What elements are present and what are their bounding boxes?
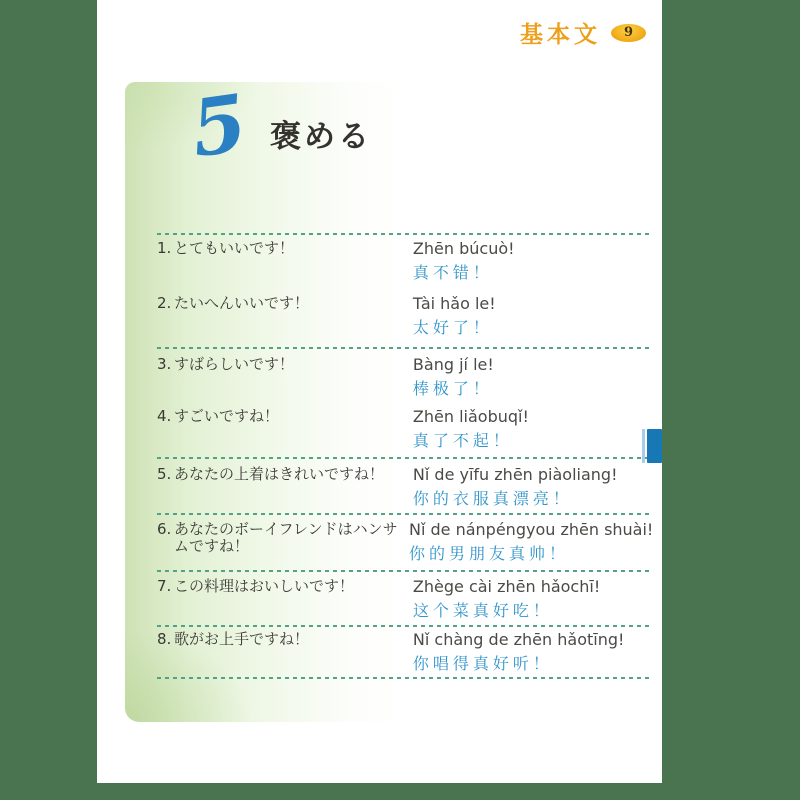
- chinese-column: Zhēn búcuò! 真不错！: [413, 240, 652, 282]
- screenshot-root: { "page_header": { "section_label": "基本文…: [0, 0, 800, 800]
- chapter-tab: [647, 429, 662, 463]
- entry-number: 4.: [157, 408, 174, 425]
- entry-number: 8.: [157, 631, 174, 648]
- phrase-entry: 1. とてもいいです！ Zhēn búcuò! 真不错！: [157, 240, 652, 282]
- chinese-column: Zhēn liǎobuqǐ! 真了不起！: [413, 408, 652, 450]
- dashed-divider: [157, 677, 652, 679]
- japanese-phrase: 5. あなたの上着はきれいですね！: [157, 466, 405, 483]
- chinese-column: Nǐ de yīfu zhēn piàoliang! 你的衣服真漂亮！: [413, 466, 652, 508]
- hanzi-text: 太好了！: [413, 319, 652, 337]
- japanese-phrase: 2. たいへんいいです！: [157, 295, 405, 312]
- entry-number: 3.: [157, 356, 174, 373]
- hanzi-text: 这个菜真好吃！: [413, 602, 652, 620]
- pinyin-text: Zhēn liǎobuqǐ!: [413, 408, 652, 426]
- chinese-column: Tài hǎo le! 太好了！: [413, 295, 652, 337]
- japanese-phrase: 1. とてもいいです！: [157, 240, 405, 257]
- phrase-entry: 6. あなたのボーイフレンドはハンサムですね！ Nǐ de nánpéngyou…: [157, 521, 652, 563]
- pinyin-text: Tài hǎo le!: [413, 295, 652, 313]
- page-number: 9: [624, 26, 633, 39]
- japanese-phrase: 3. すばらしいです！: [157, 356, 405, 373]
- entry-number: 1.: [157, 240, 174, 257]
- chinese-column: Zhège cài zhēn hǎochī! 这个菜真好吃！: [413, 578, 652, 620]
- page-number-badge: 9: [611, 24, 646, 42]
- phrase-entry: 3. すばらしいです！ Bàng jí le! 棒极了！: [157, 356, 652, 398]
- japanese-text: あなたの上着はきれいですね！: [174, 466, 405, 483]
- chinese-column: Bàng jí le! 棒极了！: [413, 356, 652, 398]
- chinese-column: Nǐ chàng de zhēn hǎotīng! 你唱得真好听！: [413, 631, 652, 673]
- phrase-entry: 5. あなたの上着はきれいですね！ Nǐ de yīfu zhēn piàoli…: [157, 466, 652, 508]
- dashed-divider: [157, 625, 652, 627]
- japanese-text: とてもいいです！: [174, 240, 405, 257]
- japanese-text: あなたのボーイフレンドはハンサムですね！: [174, 521, 401, 555]
- section-label: 基本文: [520, 16, 601, 49]
- dashed-divider: [157, 347, 652, 349]
- chapter-tab-stripe: [642, 429, 645, 463]
- hanzi-text: 棒极了！: [413, 380, 652, 398]
- entry-number: 2.: [157, 295, 174, 312]
- japanese-phrase: 4. すごいですね！: [157, 408, 405, 425]
- dashed-divider: [157, 513, 652, 515]
- entry-number: 7.: [157, 578, 174, 595]
- pinyin-text: Bàng jí le!: [413, 356, 652, 374]
- page-header: 基本文 9: [520, 16, 646, 49]
- pinyin-text: Zhège cài zhēn hǎochī!: [413, 578, 652, 596]
- dashed-divider: [157, 457, 652, 459]
- japanese-text: この料理はおいしいです！: [174, 578, 405, 595]
- japanese-phrase: 7. この料理はおいしいです！: [157, 578, 405, 595]
- japanese-text: すばらしいです！: [174, 356, 405, 373]
- hanzi-text: 真不错！: [413, 264, 652, 282]
- lesson-title: 褒める: [270, 111, 372, 156]
- phrase-entry: 2. たいへんいいです！ Tài hǎo le! 太好了！: [157, 295, 652, 337]
- dashed-divider: [157, 570, 652, 572]
- pinyin-text: Nǐ chàng de zhēn hǎotīng!: [413, 631, 652, 649]
- chinese-column: Nǐ de nánpéngyou zhēn shuài! 你的男朋友真帅！: [409, 521, 652, 563]
- entry-number: 6.: [157, 521, 174, 555]
- hanzi-text: 你的衣服真漂亮！: [413, 490, 652, 508]
- entry-number: 5.: [157, 466, 174, 483]
- pinyin-text: Nǐ de yīfu zhēn piàoliang!: [413, 466, 652, 484]
- dashed-divider: [157, 233, 652, 235]
- lesson-number: 5: [187, 85, 252, 170]
- book-page: 基本文 9 5 褒める 1. とてもいいです！ Zhēn búcuò! 真不错！…: [97, 0, 662, 783]
- phrase-entry: 8. 歌がお上手ですね！ Nǐ chàng de zhēn hǎotīng! 你…: [157, 631, 652, 673]
- phrase-entry: 7. この料理はおいしいです！ Zhège cài zhēn hǎochī! 这…: [157, 578, 652, 620]
- japanese-phrase: 6. あなたのボーイフレンドはハンサムですね！: [157, 521, 401, 555]
- pinyin-text: Zhēn búcuò!: [413, 240, 652, 258]
- japanese-text: すごいですね！: [174, 408, 405, 425]
- japanese-phrase: 8. 歌がお上手ですね！: [157, 631, 405, 648]
- hanzi-text: 你的男朋友真帅！: [409, 545, 652, 563]
- japanese-text: 歌がお上手ですね！: [174, 631, 405, 648]
- phrase-entry: 4. すごいですね！ Zhēn liǎobuqǐ! 真了不起！: [157, 408, 652, 450]
- pinyin-text: Nǐ de nánpéngyou zhēn shuài!: [409, 521, 652, 539]
- japanese-text: たいへんいいです！: [174, 295, 405, 312]
- hanzi-text: 真了不起！: [413, 432, 652, 450]
- hanzi-text: 你唱得真好听！: [413, 655, 652, 673]
